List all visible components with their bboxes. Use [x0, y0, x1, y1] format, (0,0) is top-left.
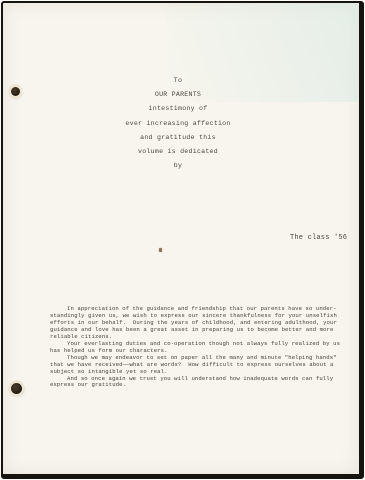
scanned-page: ToOUR PARENTSintestimony ofever increasi…	[1, 1, 364, 479]
dedication-line: intestimony of	[3, 102, 353, 116]
dedication-line: volume is dedicated	[3, 145, 353, 159]
dedication-line: OUR PARENTS	[3, 88, 353, 102]
ink-speck	[159, 248, 162, 252]
dedication-line: and gratitude this	[3, 131, 353, 145]
paragraph-line: express our gratitude.	[50, 382, 340, 389]
dedication-line: To	[3, 74, 353, 88]
hole-punch-bottom	[11, 383, 22, 394]
dedication-line: by	[3, 159, 353, 173]
dedication-paragraphs: In appreciation of the guidance and frie…	[50, 306, 340, 389]
class-attribution: The class '56	[290, 234, 347, 242]
dedication-line: ever increasing affection	[3, 117, 353, 131]
dedication-block: ToOUR PARENTSintestimony ofever increasi…	[3, 74, 353, 173]
